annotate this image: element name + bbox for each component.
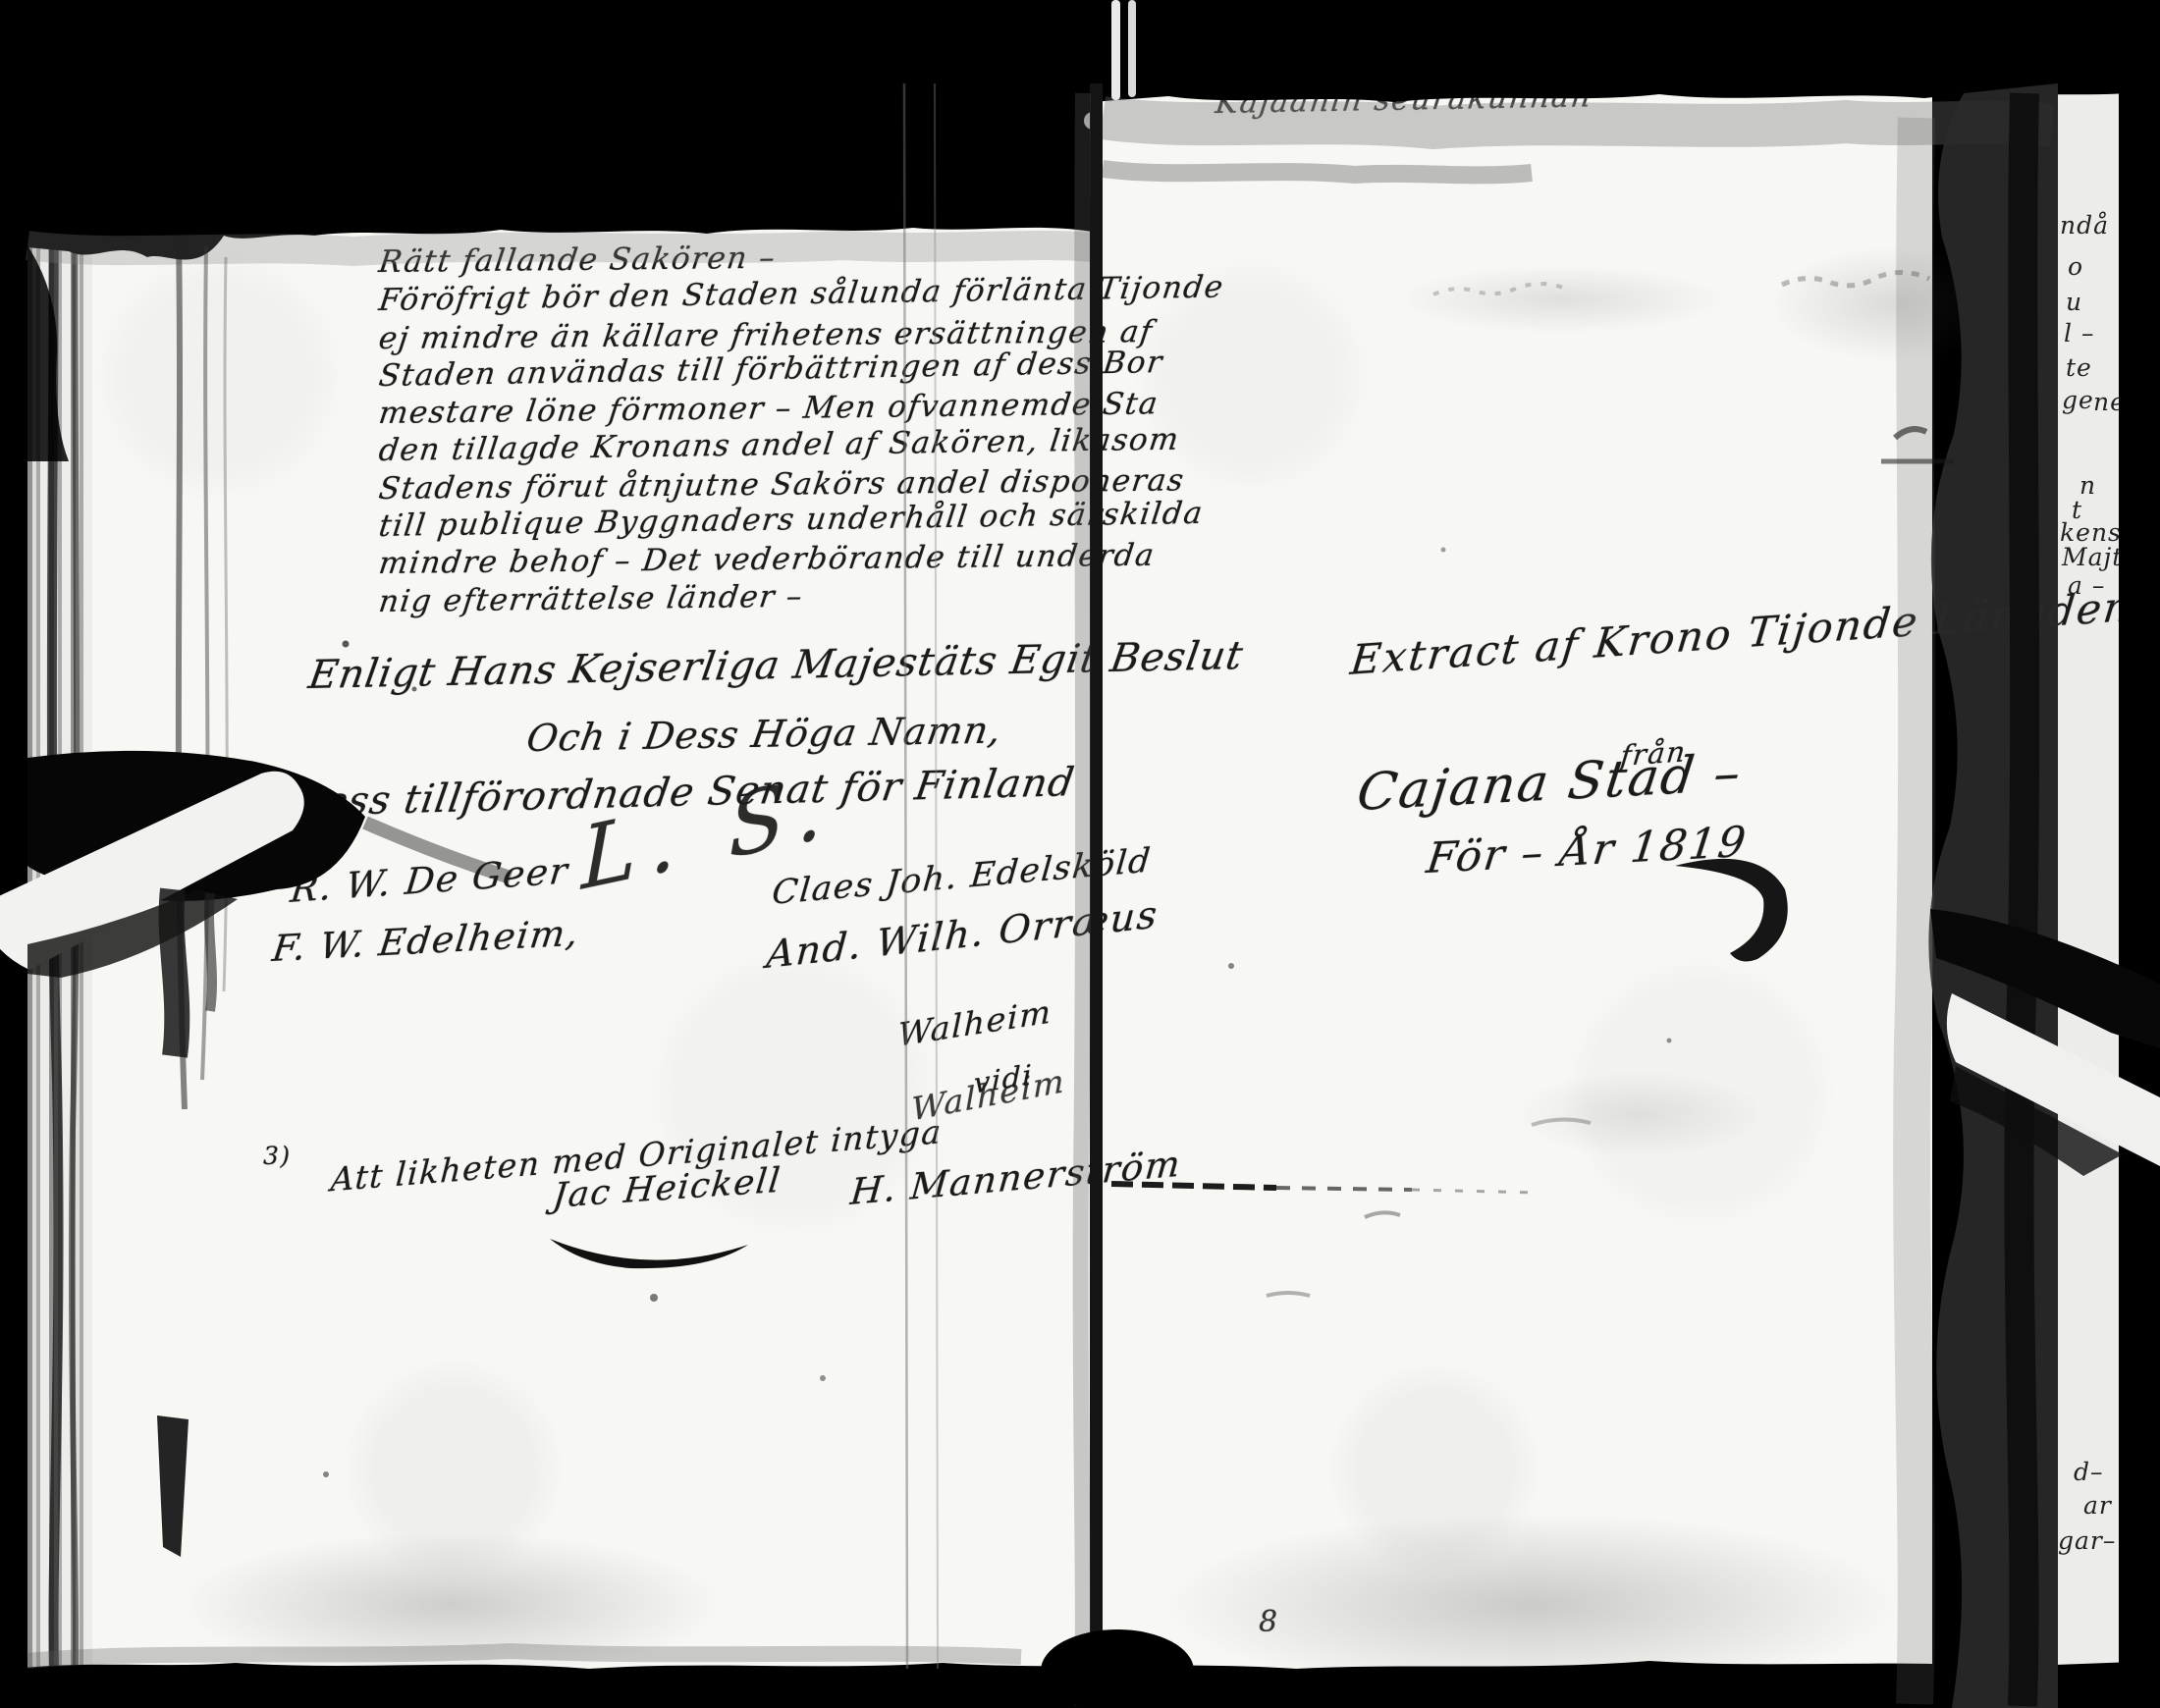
edge-fragment: gar– (2058, 1526, 2116, 1555)
edge-fragment: Majt (2062, 543, 2119, 571)
adjacent-page-sliver: ndå o u l – te ge ne n t kens Majt a – d… (2058, 83, 2119, 1708)
left-binding-streaks (27, 0, 92, 1708)
stain (1767, 245, 2023, 363)
edge-fragment: l – (2064, 319, 2094, 347)
body-line: mindre behof – Det vederbörande till und… (377, 541, 1157, 579)
stain (1512, 1070, 1767, 1158)
edge-fragment: o (2068, 252, 2083, 281)
stain (1394, 265, 1728, 334)
pencil-annotation: Kajaanin seurakunnan (1214, 81, 1593, 119)
edge-fragment: ar (2083, 1491, 2112, 1520)
stain (177, 1531, 727, 1679)
body-line: nig efterrättelse länder – (377, 582, 805, 617)
edge-fragment: d– (2074, 1458, 2104, 1486)
edge-fragment: ndå (2060, 211, 2109, 240)
page-mark: 8 (1259, 1608, 1279, 1637)
edge-fragment: ge (2062, 386, 2094, 414)
margin-mark: 3) (263, 1144, 292, 1168)
edge-fragment: ne (2093, 388, 2119, 416)
edge-fragment: u (2066, 288, 2082, 316)
microfilm-scan: Rätt fallande Sakören – Föröfrigt bör de… (0, 0, 2160, 1708)
edge-fragment: te (2066, 353, 2092, 382)
decree-line: Och i Dess Höga Namn, (524, 712, 1004, 757)
body-line: Rätt fallande Sakören – (377, 243, 778, 278)
